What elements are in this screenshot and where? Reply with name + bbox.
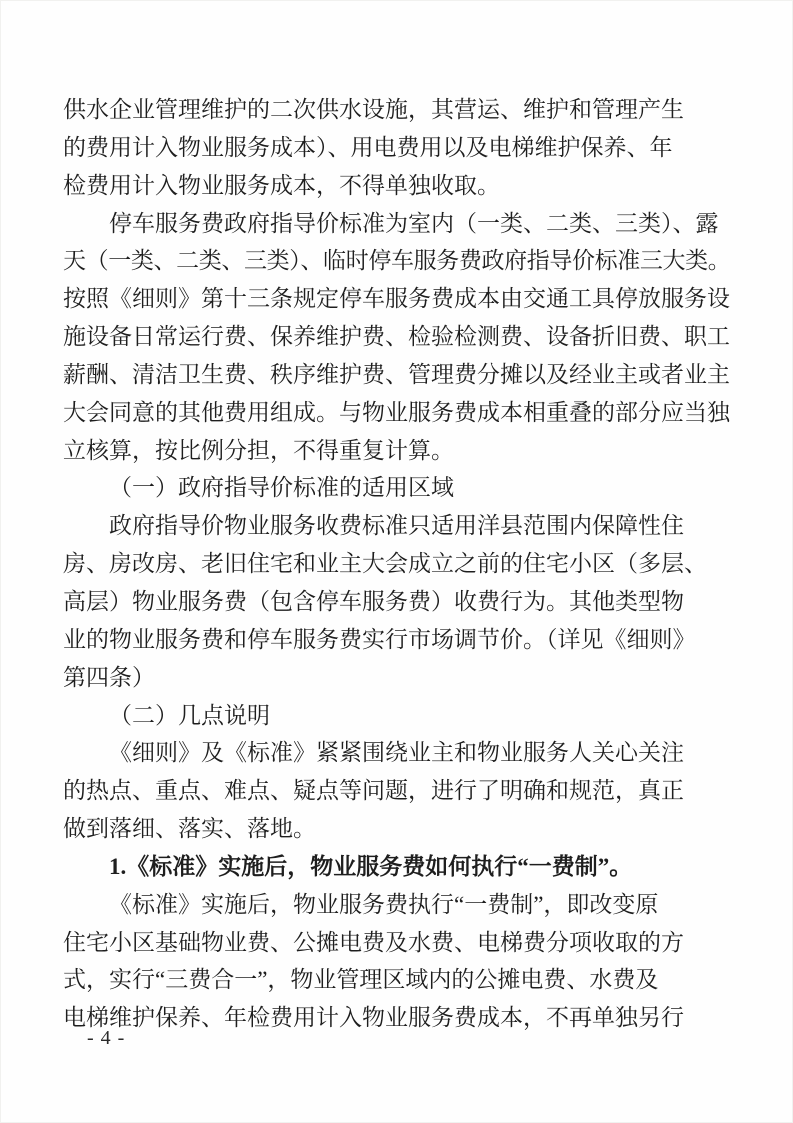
text-line: 薪酬、清洁卫生费、秩序维护费、管理费分摊以及经业主或者业主 [63,356,731,394]
text-line: 第四条） [63,659,731,697]
text-line: 的费用计入物业服务成本）、用电费用以及电梯维护保养、年 [63,129,731,167]
text-line: 立核算，按比例分担，不得重复计算。 [63,432,731,470]
text-line: 业的物业服务费和停车服务费实行市场调节价。（详见《细则》 [63,621,731,659]
text-line: 按照《细则》第十三条规定停车服务费成本由交通工具停放服务设 [63,280,731,318]
text-line: 大会同意的其他费用组成。与物业服务费成本相重叠的部分应当独 [63,394,731,432]
page-number: - 4 - [87,1026,125,1050]
text-line: 供水企业管理维护的二次供水设施，其营运、维护和管理产生 [63,91,731,129]
text-line: （一）政府指导价标准的适用区域 [63,469,731,507]
text-line: 检费用计入物业服务成本，不得单独收取。 [63,167,731,205]
text-line: 停车服务费政府指导价标准为室内（一类、二类、三类）、露 [63,205,731,243]
text-line: 政府指导价物业服务收费标准只适用洋县范围内保障性住 [63,507,731,545]
text-line: 高层）物业服务费（包含停车服务费）收费行为。其他类型物 [63,583,731,621]
text-line: 天（一类、二类、三类）、临时停车服务费政府指导价标准三大类。 [63,242,731,280]
text-line: 1.《标准》实施后，物业服务费如何执行“一费制”。 [63,848,731,886]
text-line: 式，实行“三费合一”，物业管理区域内的公摊电费、水费及 [63,961,731,999]
text-line: 房、房改房、老旧住宅和业主大会成立之前的住宅小区（多层、 [63,545,731,583]
document-body: 供水企业管理维护的二次供水设施，其营运、维护和管理产生的费用计入物业服务成本）、… [63,91,731,1037]
text-line: 电梯维护保养、年检费用计入物业服务费成本，不再单独另行 [63,999,731,1037]
document-page: 供水企业管理维护的二次供水设施，其营运、维护和管理产生的费用计入物业服务成本）、… [0,0,793,1123]
text-line: 《标准》实施后，物业服务费执行“一费制”，即改变原 [63,886,731,924]
text-line: 做到落细、落实、落地。 [63,810,731,848]
text-line: （二）几点说明 [63,697,731,735]
text-line: 《细则》及《标准》紧紧围绕业主和物业服务人关心关注 [63,734,731,772]
text-line: 的热点、重点、难点、疑点等问题，进行了明确和规范，真正 [63,772,731,810]
text-line: 住宅小区基础物业费、公摊电费及水费、电梯费分项收取的方 [63,924,731,962]
text-line: 施设备日常运行费、保养维护费、检验检测费、设备折旧费、职工 [63,318,731,356]
